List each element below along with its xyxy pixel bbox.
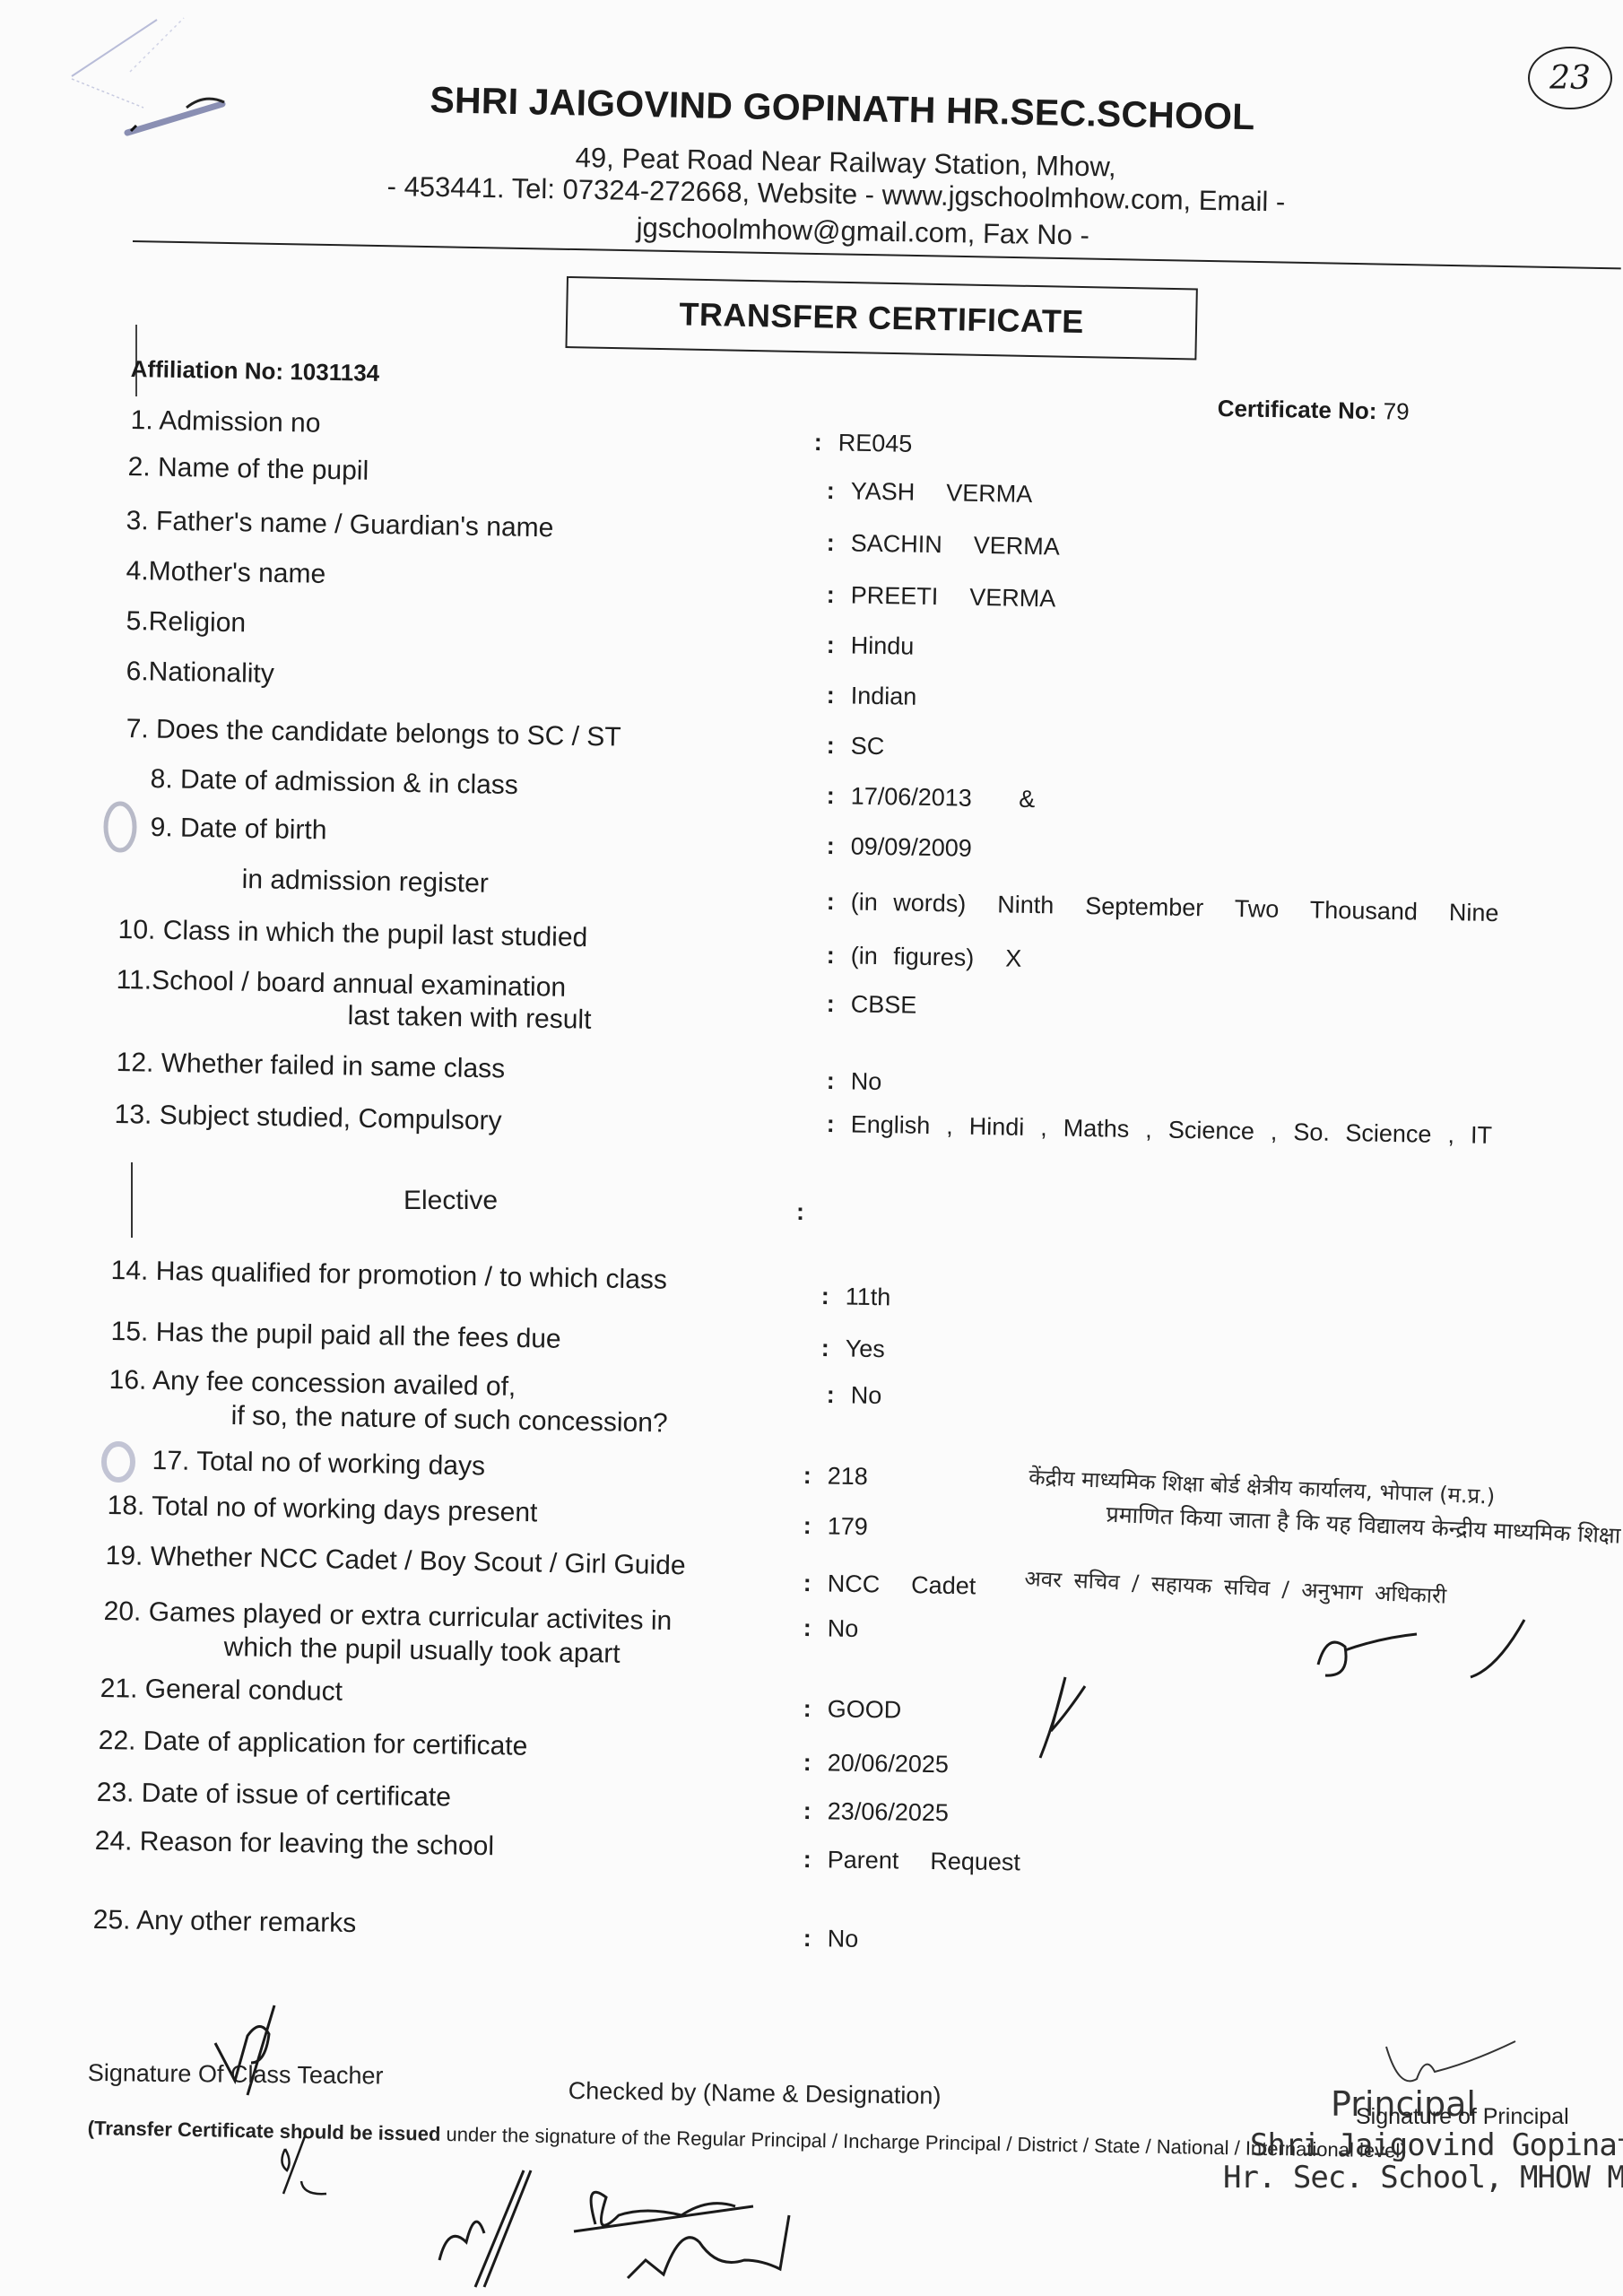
field-separator: : [826, 832, 835, 859]
school-seal-line-2: Hr. Sec. School, MHOW M.P. [1223, 2160, 1623, 2196]
field-separator: : [826, 732, 835, 759]
hole-punch-mark-icon [106, 804, 135, 850]
field-value-text: (in figures) X [850, 942, 1021, 971]
field-value-text: No [850, 1381, 881, 1409]
list-separator: , [1145, 1116, 1152, 1143]
field-separator: : [803, 1749, 811, 1776]
field-value-text: 179 [827, 1512, 868, 1540]
field-value-text: CBSE [850, 990, 916, 1018]
field-value-text: No [850, 1067, 881, 1095]
field-label: 3. Father's name / Guardian's name [126, 506, 553, 544]
field-value: :179 [803, 1512, 868, 1541]
field-separator: : [803, 1614, 811, 1641]
issuance-note: (Transfer Certificate should be issued u… [88, 2117, 1407, 2163]
field-value-text: 23/06/2025 [828, 1797, 950, 1826]
field-label: 12. Whether failed in same class [116, 1048, 505, 1085]
field-separator: : [826, 1110, 835, 1137]
field-label: 5.Religion [126, 606, 246, 639]
school-name: SHRI JAIGOVIND GOPINATH HR.SEC.SCHOOL [430, 79, 1255, 138]
field-value: :No [803, 1925, 859, 1953]
field-value: :No [826, 1381, 881, 1410]
field-value: :SC [826, 732, 884, 761]
transfer-certificate-page: 23 SHRI JAIGOVIND GOPINATH HR.SEC.SCHOOL… [0, 0, 1623, 2296]
field-label: 6.Nationality [126, 657, 274, 690]
field-value: :Indian [826, 682, 916, 711]
field-separator: : [803, 1846, 811, 1873]
school-seal-line-1: Shri Jaigovind Gopinath [1250, 2127, 1623, 2163]
field-separator: : [803, 1695, 811, 1722]
field-separator: : [826, 581, 835, 608]
field-separator: : [820, 1335, 829, 1361]
class-teacher-signature-label: Signature Of Class Teacher [88, 2059, 384, 2090]
field-value: :YASH VERMA [826, 477, 1032, 509]
cbse-attestation-stamp: केंद्रीय माध्यमिक शिक्षा बोर्ड क्षेत्रीय… [1024, 1462, 1532, 1613]
certificate-number: Certificate No: 79 [1217, 395, 1409, 426]
field-value-text: 218 [827, 1462, 868, 1490]
field-value: :PREETI VERMA [826, 581, 1055, 613]
field-value-text: YASH VERMA [850, 477, 1032, 508]
field-label: 7. Does the candidate belongs to SC / ST [126, 714, 621, 753]
field-label: 19. Whether NCC Cadet / Boy Scout / Girl… [105, 1541, 685, 1581]
field-separator: : [820, 1283, 829, 1309]
field-value: :No [826, 1067, 881, 1096]
field-label: 17. Total no of working days [152, 1446, 485, 1482]
field-label: 25. Any other remarks [93, 1905, 357, 1939]
field-label: 8. Date of admission & in class [150, 764, 518, 801]
field-separator: : [826, 529, 835, 556]
address-line-2: - 453441. Tel: 07324-272668, Website - w… [386, 170, 1285, 218]
field-label-continuation: which the pupil usually took apart [223, 1632, 620, 1670]
field-label: 22. Date of application for certificate [99, 1726, 528, 1762]
field-value: :GOOD [803, 1695, 902, 1725]
field-separator: : [826, 990, 835, 1017]
field-label: 23. Date of issue of certificate [97, 1778, 452, 1813]
field-value: :09/09/2009 [826, 832, 972, 863]
field-value: :RE045 [813, 429, 912, 458]
field-separator: : [803, 1925, 811, 1952]
field-separator: : [826, 631, 835, 658]
margin-mark [131, 1162, 133, 1238]
list-separator: , [946, 1112, 953, 1139]
field-value: :NCC Cadet [803, 1570, 976, 1600]
checked-by-label: Checked by (Name & Designation) [568, 2077, 942, 2110]
field-value-text: 11th [845, 1283, 890, 1310]
field-value: :20/06/2025 [803, 1749, 950, 1779]
stamp-signatory: अवर सचिव / सहायक सचिव / अनुभाग अधिकारी [1024, 1563, 1527, 1613]
subject-item: IT [1471, 1122, 1493, 1149]
field-label: 10. Class in which the pupil last studie… [117, 915, 587, 953]
field-label: 15. Has the pupil paid all the fees due [110, 1317, 561, 1355]
field-separator: : [826, 782, 835, 809]
field-label: 24. Reason for leaving the school [95, 1826, 495, 1862]
field-value-text: SACHIN VERMA [850, 529, 1060, 560]
field-value: :CBSE [826, 990, 916, 1020]
field-separator: : [826, 682, 835, 709]
field-value-text: Parent Request [828, 1846, 1021, 1875]
address-line-3: jgschoolmhow@gmail.com, Fax No - [636, 212, 1089, 252]
field-value: :No [803, 1614, 858, 1643]
subject-item: So. Science [1293, 1118, 1432, 1148]
compulsory-subjects-list: English,Hindi,Maths,Science,So. Science,… [850, 1110, 1492, 1148]
field-label: 11.School / board annual examination [116, 965, 566, 1004]
field-label: 14. Has qualified for promotion / to whi… [110, 1256, 667, 1296]
field-value-text: Indian [850, 682, 916, 709]
title-box: TRANSFER CERTIFICATE [565, 276, 1197, 361]
field-label: 21. General conduct [100, 1674, 343, 1708]
subject-item: Science [1168, 1117, 1255, 1145]
field-value-text: GOOD [828, 1695, 902, 1723]
field-label: 1. Admission no [130, 405, 320, 439]
field-separator: : [826, 888, 835, 915]
field-value: :SACHIN VERMA [826, 529, 1060, 561]
field-value-text: (in words) Ninth September Two Thousand … [850, 888, 1498, 926]
field-separator: : [803, 1512, 811, 1539]
field-label: 16. Any fee concession availed of, [108, 1365, 516, 1403]
field-value: :(in figures) X [826, 942, 1021, 973]
field-value: :11th [820, 1283, 890, 1311]
field-value-text: No [828, 1925, 859, 1952]
field-label: 13. Subject studied, Compulsory [114, 1100, 501, 1137]
principal-signature-label: Signature of Principal [1356, 2104, 1569, 2130]
field-value-text: NCC Cadet [827, 1570, 976, 1599]
list-separator: , [1040, 1114, 1047, 1141]
field-value-text: No [827, 1614, 858, 1642]
field-separator: : [826, 942, 835, 969]
field-value: : [796, 1198, 820, 1226]
field-separator: : [826, 1067, 835, 1094]
subject-item: Hindi [969, 1113, 1025, 1141]
field-value-text: 09/09/2009 [850, 832, 972, 861]
field-label: 9. Date of birth [150, 813, 326, 846]
field-value: :218 [803, 1462, 868, 1491]
field-separator: : [796, 1198, 804, 1225]
field-label: 2. Name of the pupil [127, 452, 369, 487]
field-value: :17/06/2013 & [826, 782, 1035, 813]
field-value: :23/06/2025 [803, 1797, 950, 1827]
field-value: :English,Hindi,Maths,Science,So. Science… [826, 1110, 1492, 1150]
field-label: in admission register [241, 865, 489, 900]
hole-punch-mark-icon [104, 1444, 133, 1480]
field-value-text: 20/06/2025 [828, 1749, 950, 1778]
field-label: Elective [404, 1186, 498, 1216]
field-separator: : [803, 1570, 811, 1596]
field-value-text: RE045 [838, 429, 912, 457]
field-separator: : [803, 1462, 811, 1489]
field-value: :Hindu [826, 631, 914, 661]
field-value: :(in words) Ninth September Two Thousand… [826, 888, 1498, 927]
field-label: 18. Total no of working days present [107, 1491, 537, 1528]
field-value-text: 17/06/2013 & [850, 782, 1035, 813]
field-value-text: Yes [845, 1335, 885, 1362]
field-label: 20. Games played or extra curricular act… [103, 1596, 672, 1637]
field-label-continuation: if so, the nature of such concession? [230, 1401, 667, 1439]
field-separator: : [803, 1797, 811, 1824]
field-value-text: Hindu [850, 631, 914, 659]
list-separator: , [1447, 1121, 1454, 1148]
list-separator: , [1271, 1118, 1278, 1145]
document-title: TRANSFER CERTIFICATE [679, 295, 1084, 341]
subject-item: Maths [1063, 1115, 1130, 1143]
field-label-continuation: last taken with result [347, 1001, 591, 1036]
field-value: :Yes [820, 1335, 885, 1363]
affiliation-number: Affiliation No: 1031134 [130, 355, 379, 387]
field-separator: : [826, 1381, 835, 1408]
field-value-text: SC [850, 732, 884, 760]
page-number-circle: 23 [1528, 47, 1612, 109]
field-value-text: PREETI VERMA [850, 581, 1055, 612]
field-label: 4.Mother's name [126, 556, 325, 590]
subject-item: English [850, 1110, 930, 1139]
field-value: :Parent Request [803, 1846, 1021, 1876]
field-separator: : [813, 429, 822, 456]
field-separator: : [826, 477, 835, 504]
